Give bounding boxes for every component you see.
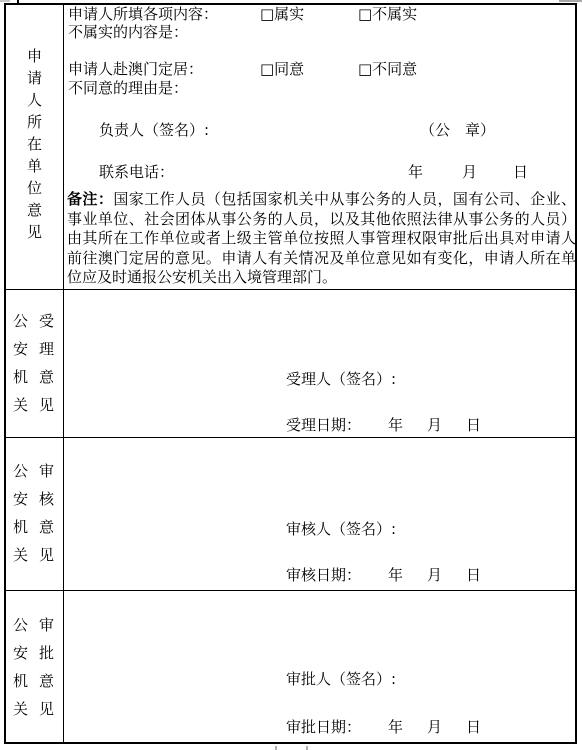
contact-phone-label: 联系电话：: [99, 164, 174, 180]
official-seal-label: （公 章）: [420, 122, 495, 138]
unit-opinion-header: 申请人所在单位意见: [26, 48, 41, 246]
acceptance-signer-label: 受理人（签名）:: [286, 371, 396, 387]
top-left-crop-remnant: [0, 0, 10, 2]
top-right-crop-remnant: [559, 0, 582, 2]
content-filled-label: 申请人所填各项内容：: [68, 6, 218, 22]
review-type-header: 审核意见: [38, 463, 53, 575]
settle-agree-checkbox[interactable]: □同意: [260, 61, 304, 77]
settle-macau-label: 申请人赴澳门定居：: [68, 61, 203, 77]
unit-date-day: 日: [513, 164, 528, 180]
acceptance-date-label: 受理日期：: [286, 417, 361, 433]
approval-date-month: 月: [427, 719, 442, 735]
untrue-content-label: 不属实的内容是：: [68, 24, 188, 40]
approval-type-header: 审批意见: [38, 617, 53, 729]
approval-date-label: 审批日期：: [286, 719, 361, 735]
approval-org-header: 公安机关: [12, 617, 27, 729]
approval-date-year: 年: [388, 719, 403, 735]
row-divider-acceptance-review: [4, 437, 577, 438]
acceptance-date-year: 年: [388, 417, 403, 433]
review-date-day: 日: [466, 567, 481, 583]
bottom-cell-border-remnant-2: [306, 746, 308, 750]
review-date-label: 审核日期：: [286, 567, 361, 583]
remark-body: 国家工作人员（包括国家机关中从事公务的人员，国有公司、企业、事业单位、社会团体从…: [67, 190, 576, 286]
bottom-cell-border-remnant-1: [275, 746, 277, 750]
unit-date-year: 年: [408, 164, 423, 180]
acceptance-date-month: 月: [427, 417, 442, 433]
remark-paragraph: 备注：国家工作人员（包括国家机关中从事公务的人员，国有公司、企业、事业单位、社会…: [67, 190, 576, 288]
review-signer-label: 审核人（签名）:: [286, 521, 396, 537]
review-date-year: 年: [388, 567, 403, 583]
row-divider-review-approval: [4, 590, 577, 591]
approval-signer-label: 审批人（签名）:: [286, 671, 396, 687]
review-org-header: 公安机关: [12, 463, 27, 575]
review-date-month: 月: [427, 567, 442, 583]
acceptance-date-day: 日: [466, 417, 481, 433]
unit-date-month: 月: [462, 164, 477, 180]
content-true-checkbox[interactable]: □属实: [260, 6, 304, 22]
approval-date-day: 日: [466, 719, 481, 735]
top-cell-border-remnant: [17, 0, 19, 4]
content-untrue-checkbox[interactable]: □不属实: [358, 6, 417, 22]
settle-disagree-checkbox[interactable]: □不同意: [358, 61, 417, 77]
macau-settlement-form-page: 申请人所在单位意见 申请人所填各项内容： □属实 □不属实 不属实的内容是： 申…: [0, 0, 582, 750]
remark-title: 备注：: [67, 190, 113, 208]
disagree-reason-label: 不同意的理由是：: [68, 80, 188, 96]
header-column-divider: [63, 3, 64, 744]
unit-head-signature-label: 负责人（签名）:: [99, 122, 209, 138]
row-divider-unit-acceptance: [4, 289, 577, 290]
acceptance-org-header: 公安机关: [12, 313, 27, 425]
acceptance-type-header: 受理意见: [38, 313, 53, 425]
